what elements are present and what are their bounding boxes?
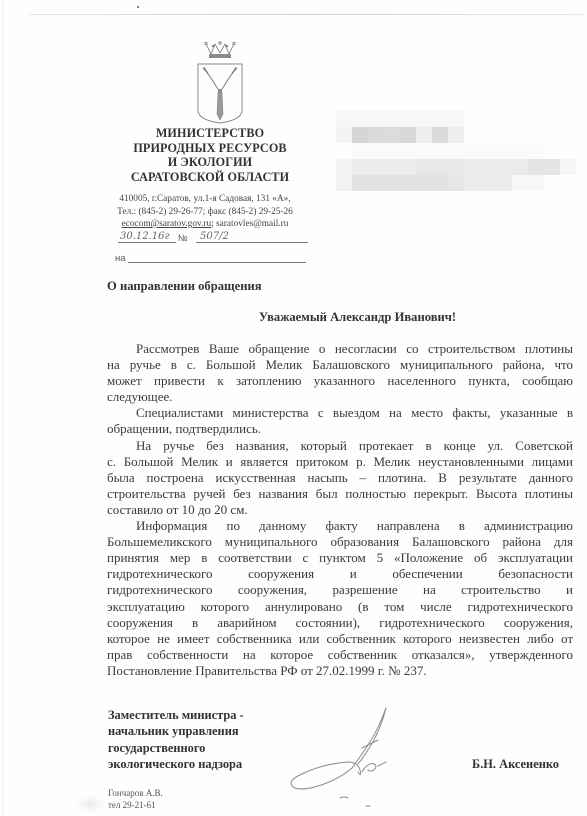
letter-page: МИНИСТЕРСТВО ПРИРОДНЫХ РЕСУРСОВ И ЭКОЛОГ… (0, 0, 587, 816)
ministry-line-4: САРАТОВСКОЙ ОБЛАСТИ (100, 170, 320, 185)
body-line: эксплуатацию которого аннулировано (в то… (107, 599, 573, 615)
email-primary-link[interactable]: ecocom@saratov.gov.ru (122, 219, 211, 229)
body-line: может привести к затоплению указанного н… (107, 373, 573, 389)
signer-position-line: государственного (108, 740, 244, 756)
email-secondary: saratovles@mail.ru (216, 219, 288, 229)
ministry-line-2: ПРИРОДНЫХ РЕСУРСОВ (100, 141, 320, 156)
body-line: была построена искусственная насыпь – пл… (107, 470, 573, 486)
handwritten-signature-icon (278, 700, 418, 816)
email-line: ecocom@saratov.gov.ru; saratovles@mail.r… (90, 218, 320, 231)
registration-line: 30.12.16г № 507/2 (118, 233, 308, 247)
salutation: Уважаемый Александр Иванович! (0, 310, 587, 325)
registration-number: 507/2 (196, 231, 308, 243)
ministry-name: МИНИСТЕРСТВО ПРИРОДНЫХ РЕСУРСОВ И ЭКОЛОГ… (100, 126, 320, 184)
scan-speck (137, 6, 139, 8)
body-line: На ручье без названия, который протекает… (107, 438, 573, 454)
executor-phone: тел 29-21-61 (108, 800, 163, 812)
body-line: на ручье в с. Большой Мелик Балашовского… (107, 357, 573, 373)
body-line: Большемеликского муниципального образова… (107, 534, 573, 550)
reply-to-field (128, 262, 306, 263)
body-line: Информация по данному факту направлена в… (107, 518, 573, 534)
body-line: сооружения в аварийном состоянии), гидро… (107, 615, 573, 631)
reply-to-label: на (115, 253, 126, 264)
registration-date: 30.12.16г (118, 231, 176, 243)
ministry-address: 410005, г.Саратов, ул.1-я Садовая, 131 «… (90, 193, 320, 231)
executor-name: Гончаров А.В. (108, 788, 163, 800)
registration-number-label: № (178, 233, 188, 243)
body-line: следующее. (107, 389, 573, 405)
email-separator: ; (211, 219, 214, 229)
letter-subject: О направлении обращения (107, 279, 262, 294)
coat-of-arms-icon (194, 40, 246, 125)
ministry-line-1: МИНИСТЕРСТВО (100, 126, 320, 141)
letter-body: Рассмотрев Ваше обращение о несогласии с… (107, 341, 573, 679)
phone-fax-line: Тел.: (845-2) 29-26-77; факс (845-2) 29-… (90, 206, 320, 219)
body-line: составило от 10 до 20 см. (107, 502, 573, 518)
body-line: строительства ручей без названия был пол… (107, 486, 573, 502)
executor-info: Гончаров А.В. тел 29-21-61 (108, 788, 163, 811)
body-line: прав собственности на которое собственни… (107, 647, 573, 663)
scan-top-edge (30, 14, 585, 15)
body-line: гидротехнического сооружения и обеспечен… (107, 566, 573, 582)
signer-name: Б.Н. Аксененко (472, 757, 559, 772)
signer-position: Заместитель министра - начальник управле… (108, 707, 244, 772)
body-line: Специалистами министерства с выездом на … (107, 405, 573, 421)
signer-position-line: начальник управления (108, 723, 244, 739)
body-line: гидротехнического сооружения, разрешение… (107, 582, 573, 598)
body-line: с. Большой Мелик и является притоком р. … (107, 454, 573, 470)
body-line: которое не имеет собственника или собств… (107, 631, 573, 647)
ministry-line-3: И ЭКОЛОГИИ (100, 155, 320, 170)
body-line: Постановление Правительства РФ от 27.02.… (107, 663, 573, 679)
signer-position-line: экологического надзора (108, 756, 244, 772)
body-line: Рассмотрев Ваше обращение о несогласии с… (107, 341, 573, 357)
body-line: обращении, подтвердились. (107, 421, 573, 437)
address-line: 410005, г.Саратов, ул.1-я Садовая, 131 «… (90, 193, 320, 206)
scan-smudge (75, 795, 105, 813)
scan-edge (2, 0, 3, 816)
signer-position-line: Заместитель министра - (108, 707, 244, 723)
recipient-address-redacted (336, 111, 576, 191)
body-line: принятия мер в соответствии с пунктом 5 … (107, 550, 573, 566)
